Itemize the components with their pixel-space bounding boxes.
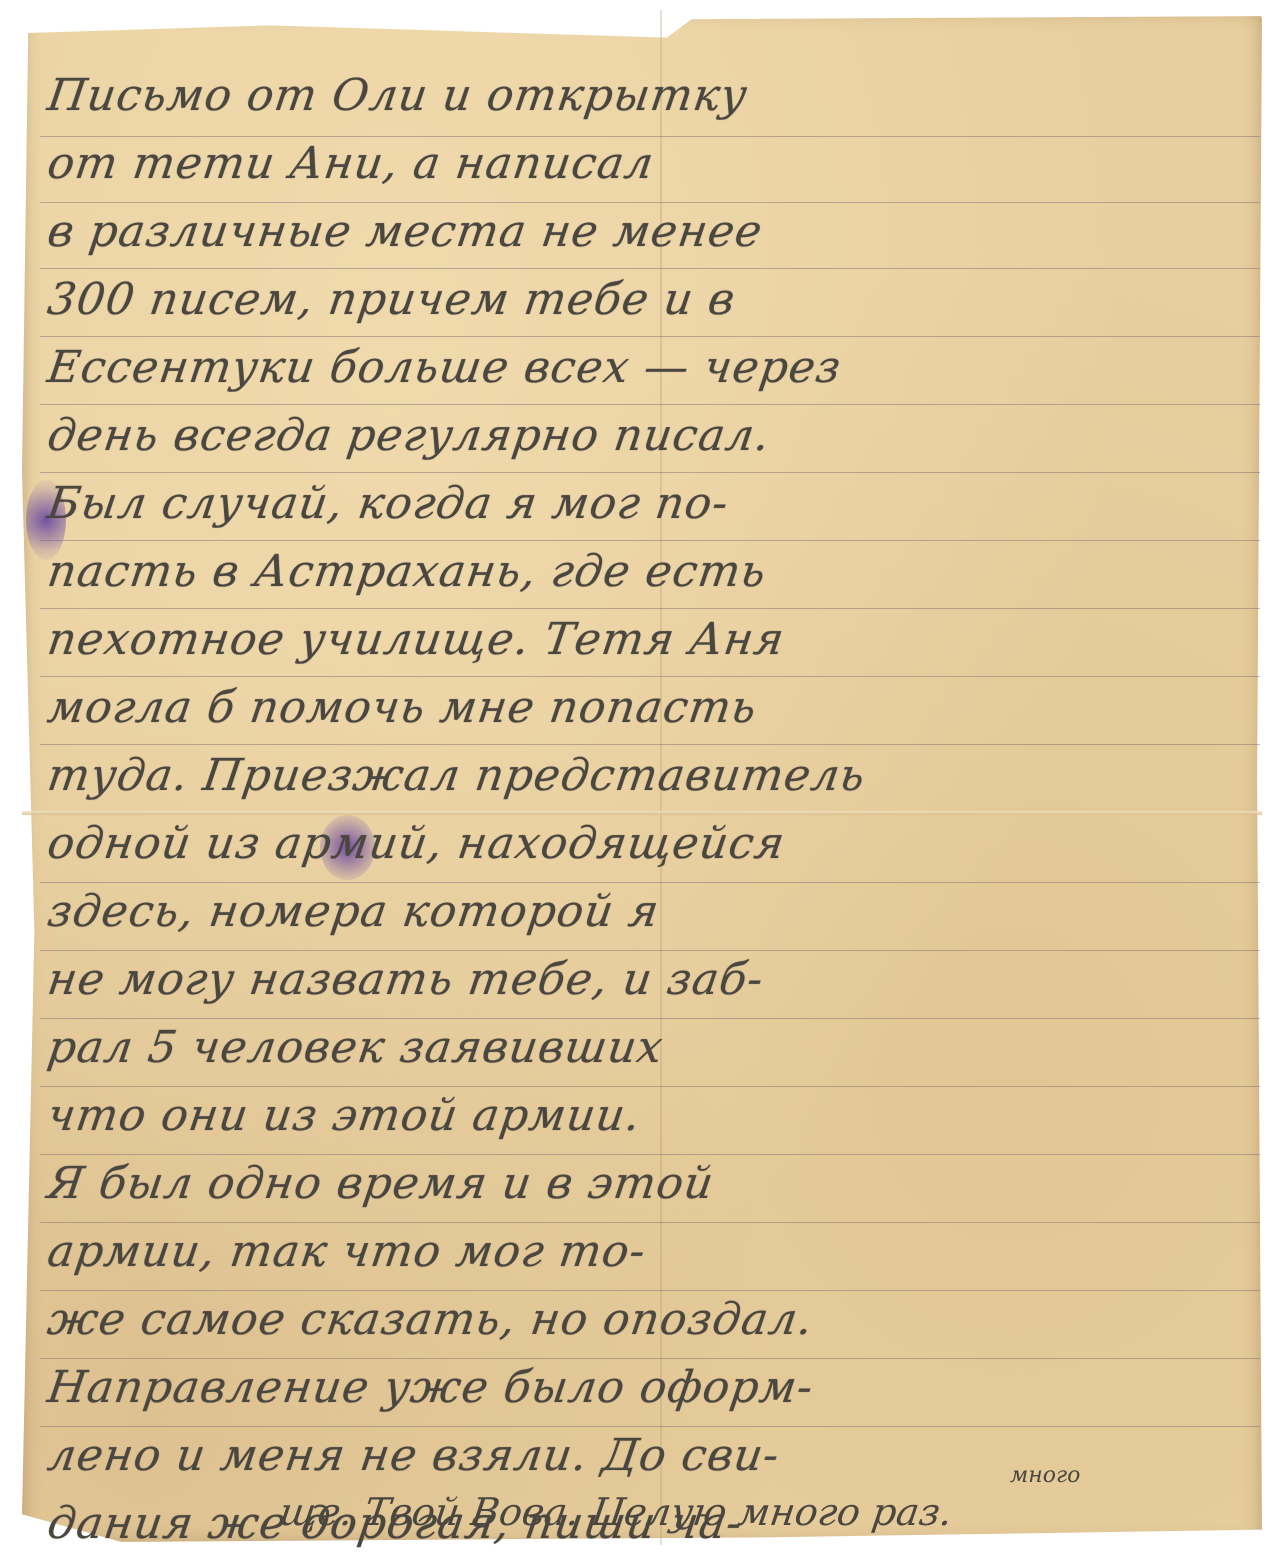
letter-line: Направление уже было оформ- bbox=[43, 1354, 1263, 1422]
letter-line: же самое сказать, но опоздал. bbox=[43, 1286, 1263, 1354]
letter-line: Я был одно время и в этой bbox=[43, 1150, 1263, 1218]
letter-line: в различные места не менее bbox=[43, 198, 1263, 266]
letter-line: Ессентуки больше всех — через bbox=[43, 334, 1263, 402]
letter-line: могла б помочь мне попасть bbox=[43, 674, 1263, 742]
letter-body: Письмо от Оли и открытку от тети Ани, а … bbox=[48, 62, 1258, 1555]
letter-line: от тети Ани, а написал bbox=[43, 130, 1263, 198]
letter-line: пасть в Астрахань, где есть bbox=[43, 538, 1263, 606]
letter-line: день всегда регулярно писал. bbox=[43, 402, 1263, 470]
letter-line: рал 5 человек заявивших bbox=[43, 1014, 1263, 1082]
letter-line: здесь, номера которой я bbox=[43, 878, 1263, 946]
letter-line: Письмо от Оли и открытку bbox=[43, 62, 1263, 130]
letter-line: не могу назвать тебе, и заб- bbox=[43, 946, 1263, 1014]
letter-line: 300 писем, причем тебе и в bbox=[43, 266, 1263, 334]
letter-line: туда. Приезжал представитель bbox=[43, 742, 1263, 810]
inserted-word: много bbox=[1010, 1463, 1080, 1488]
signature-line: ще. Твой Вова. Целую много раз. bbox=[277, 1490, 955, 1534]
letter-line: что они из этой армии. bbox=[43, 1082, 1263, 1150]
letter-line: одной из армий, находящейся bbox=[43, 810, 1263, 878]
letter-line: Был случай, когда я мог по- bbox=[43, 470, 1263, 538]
letter-line: армии, так что мог то- bbox=[43, 1218, 1263, 1286]
letter-line: пехотное училище. Тетя Аня bbox=[43, 606, 1263, 674]
